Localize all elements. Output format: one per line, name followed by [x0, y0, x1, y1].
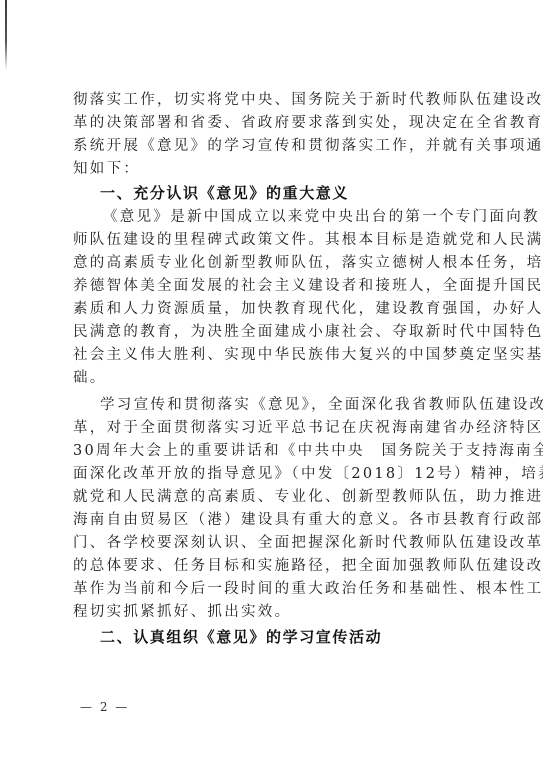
body-line: 意的高素质专业化创新型教师队伍，落实立德树人根本任务，培 [73, 253, 543, 273]
body-line: 彻落实工作，切实将党中央、国务院关于新时代教师队伍建设改 [73, 90, 543, 110]
body-line: 系统开展《意见》的学习宣传和贯彻落实工作，并就有关事项通 [73, 136, 543, 156]
body-line: 30周年大会上的重要讲话和《中共中央 国务院关于支持海南全 [73, 441, 543, 461]
body-line: 学习宣传和贯彻落实《意见》，全面深化我省教师队伍建设改 [100, 395, 543, 415]
body-line: 养德智体美全面发展的社会主义建设者和接班人，全面提升国民 [73, 276, 543, 296]
body-line: 就党和人民满意的高素质、专业化、创新型教师队伍，助力推进 [73, 487, 543, 507]
body-line: 《意见》是新中国成立以来党中央出台的第一个专门面向教 [103, 207, 540, 227]
body-line: 程切实抓紧抓好、抓出实效。 [73, 602, 291, 622]
body-line: 革作为当前和今后一段时间的重大政治任务和基础性、根本性工 [73, 579, 543, 599]
scan-edge-line [5, 0, 7, 70]
section-heading-1: 一、充分认识《意见》的重大意义 [100, 183, 349, 203]
body-line: 知如下： [73, 159, 140, 179]
body-line: 础。 [73, 368, 107, 388]
body-line: 面深化改革开放的指导意见》（中发〔2018〕12号）精神，培养造 [73, 464, 543, 484]
body-line: 门、各学校要深刻认识、全面把握深化新时代教师队伍建设改革 [73, 533, 543, 553]
body-line: 民满意的教育，为决胜全面建成小康社会、夺取新时代中国特色 [73, 322, 543, 342]
body-line: 革的决策部署和省委、省政府要求落到实处，现决定在全省教育 [73, 113, 543, 133]
body-line: 师队伍建设的里程碑式政策文件。其根本目标是造就党和人民满 [73, 230, 543, 250]
body-line: 海南自由贸易区（港）建设具有重大的意义。各市县教育行政部 [73, 510, 543, 530]
body-line: 的总体要求、任务目标和实施路径，把全面加强教师队伍建设改 [73, 556, 543, 576]
body-line: 革，对于全面贯彻落实习近平总书记在庆祝海南建省办经济特区 [73, 418, 543, 438]
body-line: 素质和人力资源质量，加快教育现代化，建设教育强国，办好人 [73, 299, 543, 319]
section-heading-2: 二、认真组织《意见》的学习宣传活动 [100, 627, 382, 647]
body-line: 社会主义伟大胜利、实现中华民族伟大复兴的中国梦奠定坚实基 [73, 345, 543, 365]
page-number: — 2 — [80, 700, 129, 714]
